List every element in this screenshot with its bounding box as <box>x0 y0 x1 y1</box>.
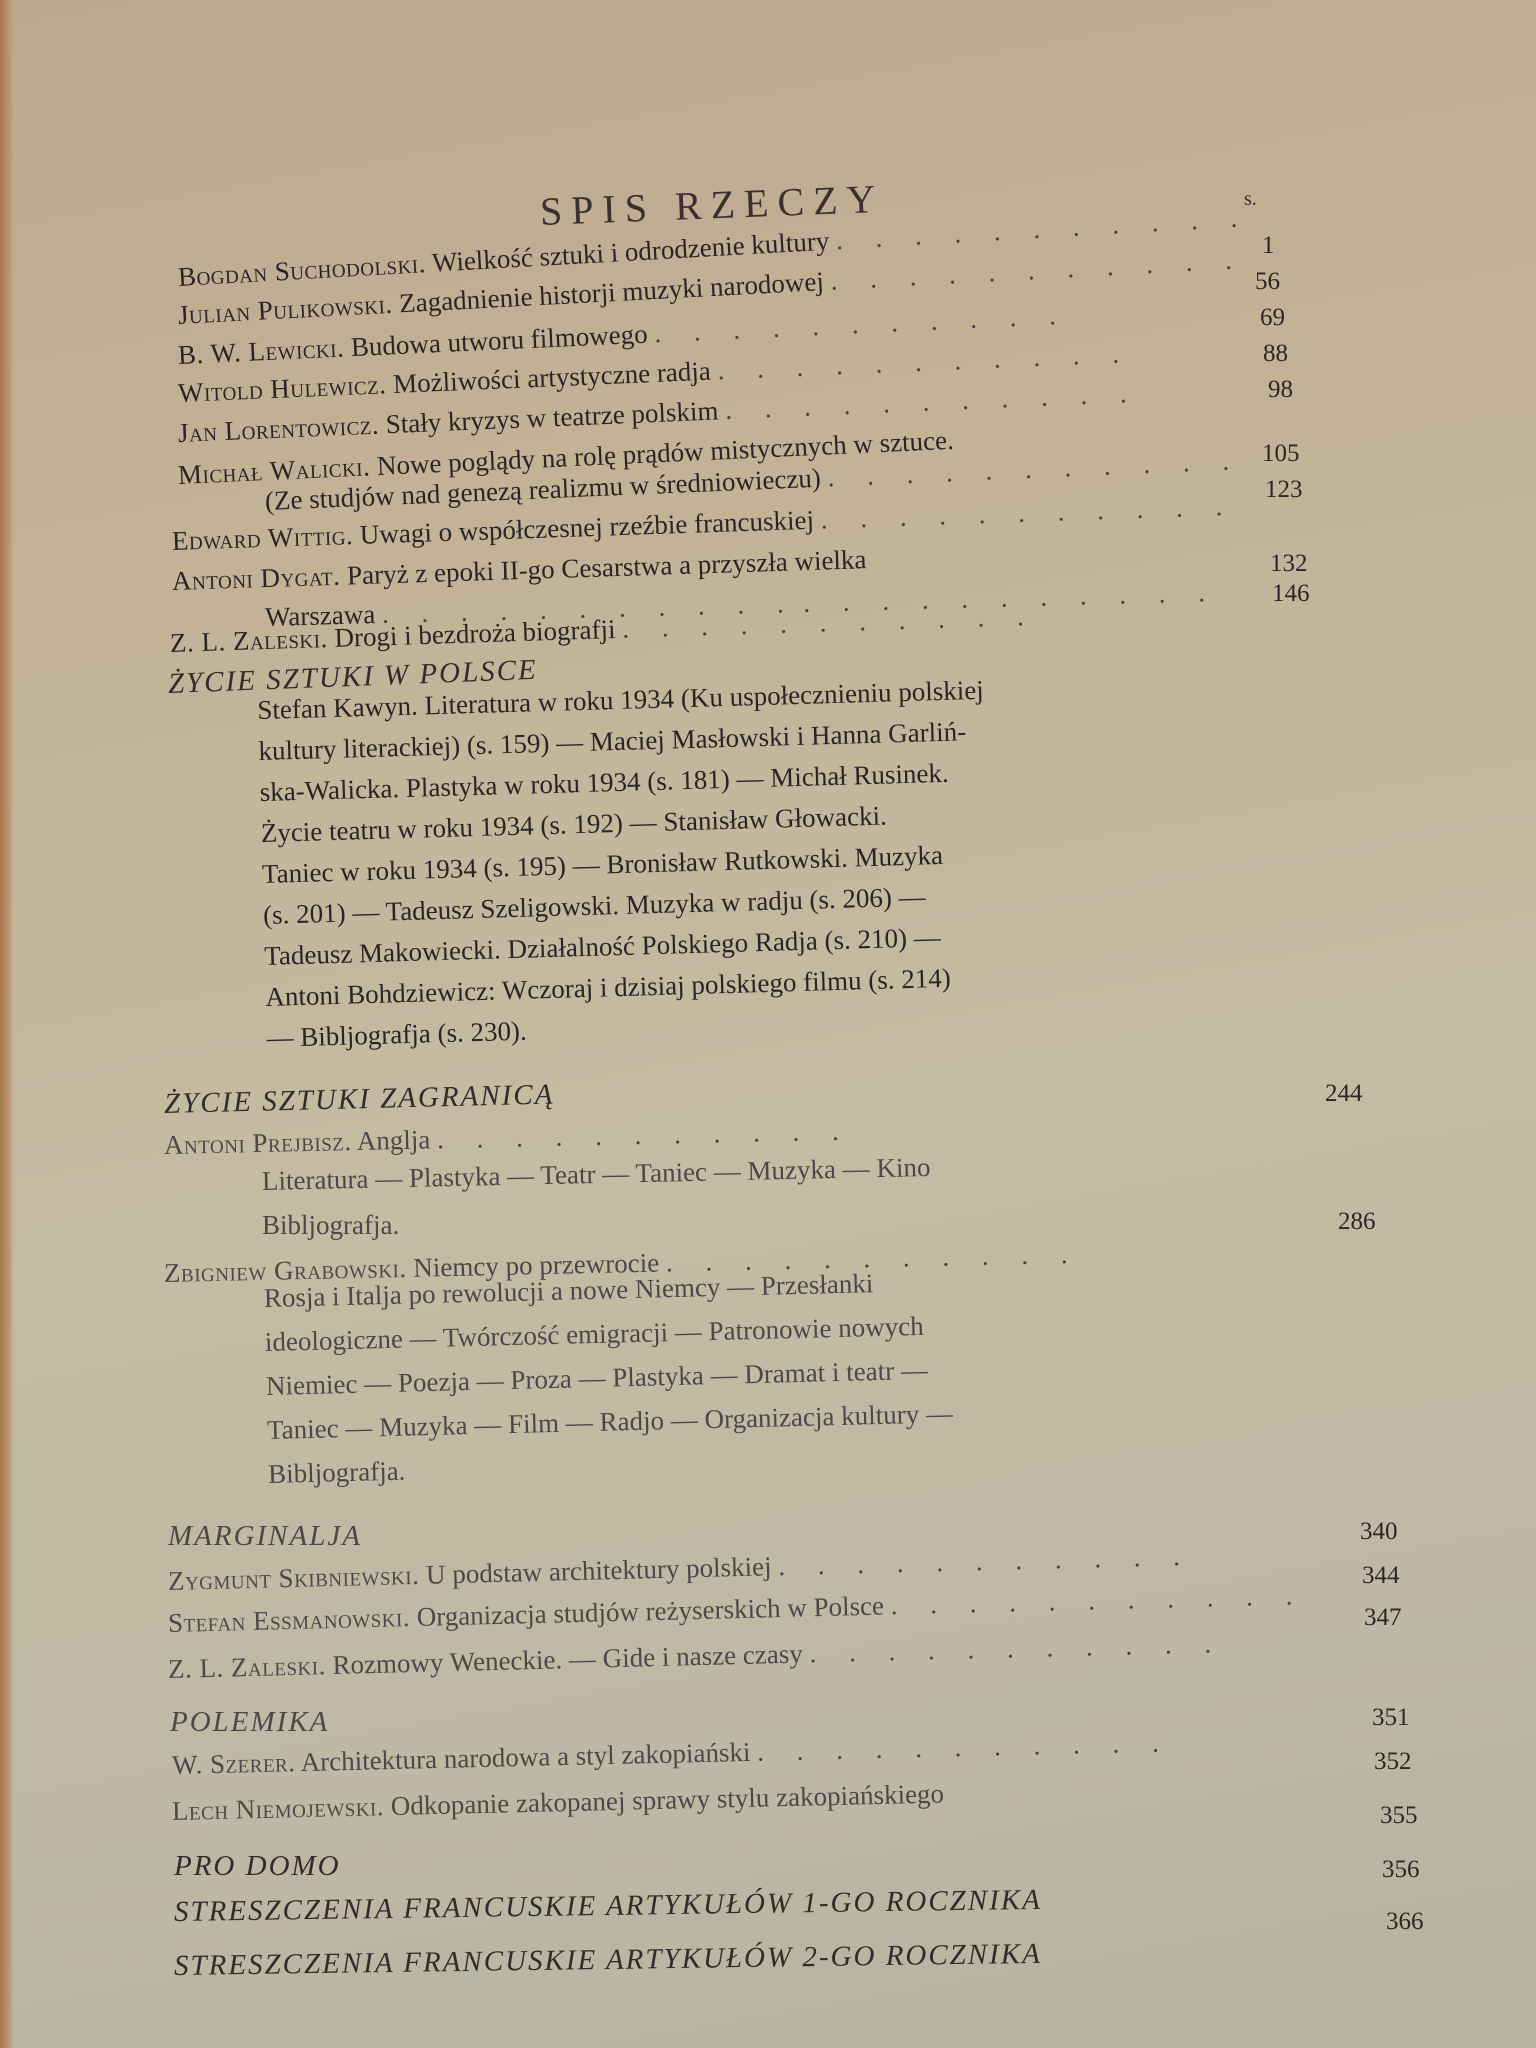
toc-title: Uwagi o współczesnej rzeźbie francuskiej <box>359 505 814 550</box>
toc-author: Zygmunt Skibniewski. <box>168 1560 420 1596</box>
toc-page-number: 105 <box>1262 440 1300 468</box>
toc-page-number: 344 <box>1362 1562 1400 1590</box>
section-body-grabowski: Rosja i Italja po rewolucji a nowe Niemc… <box>263 1259 954 1496</box>
toc-author: B. W. Lewicki. <box>177 332 345 370</box>
toc-title: Anglja <box>357 1124 431 1156</box>
toc-page-number: 347 <box>1364 1604 1402 1632</box>
section-heading-polemika[interactable]: Polemika <box>170 1706 329 1739</box>
dot-leader: . . . . . . . . . . . <box>890 1580 1305 1620</box>
toc-page-number: 351 <box>1372 1704 1410 1732</box>
toc-title: Architektura narodowa a styl zakopiański <box>300 1737 750 1777</box>
toc-page-number: 355 <box>1380 1802 1418 1830</box>
toc-author: Z. L. Zaleski. <box>170 623 329 658</box>
toc-page-number: 69 <box>1260 304 1285 332</box>
toc-page-number: 56 <box>1255 268 1280 296</box>
dot-leader: . . . . . . . . . . . <box>757 1727 1172 1766</box>
toc-author: Julian Pulikowski. <box>177 289 393 330</box>
toc-page-number: 352 <box>1374 1748 1412 1776</box>
toc-author: Antoni Prejbisz. <box>164 1126 352 1160</box>
toc-page-number: 1 <box>1262 232 1275 260</box>
toc-title: Odkopanie zakopanej sprawy stylu zakopia… <box>390 1778 944 1821</box>
toc-title: U podstaw architektury polskiej <box>426 1551 772 1589</box>
toc-page-number: 340 <box>1360 1518 1398 1546</box>
section-heading-pro-domo[interactable]: Pro domo <box>174 1850 341 1883</box>
section-heading-streszczenia-1[interactable]: Streszczenia francuskie artykułów 1-go r… <box>174 1884 1042 1929</box>
toc-page-number: 98 <box>1268 376 1293 404</box>
toc-page-number: 88 <box>1263 340 1288 368</box>
dot-leader: . . . . . . . . . . . <box>724 378 1140 425</box>
dot-leader: . . . . . . . . . . . <box>820 491 1236 535</box>
toc-title: Budowa utworu filmowego <box>350 319 648 362</box>
toc-entry[interactable]: Lech Niemojewski. Odkopanie zakopanej sp… <box>172 1778 945 1827</box>
toc-author: Witold Hulewicz. <box>177 369 387 408</box>
toc-author: Antoni Dygat. <box>172 561 341 596</box>
toc-title: Możliwości artystyczne radja <box>393 356 712 399</box>
toc-page-number: 366 <box>1386 1908 1424 1936</box>
toc-author: W. Szerer. <box>172 1747 296 1780</box>
dot-leader: . . . . . . . . . . . <box>437 1116 852 1155</box>
toc-author: Bogdan Suchodolski. <box>177 248 426 292</box>
toc-title: Stały kryzys w teatrze polskim <box>385 395 719 439</box>
section-body-polska: Stefan Kawyn. Literatura w roku 1934 (Ku… <box>257 670 994 1059</box>
toc-page-number: 286 <box>1338 1208 1376 1236</box>
toc-author: Lech Niemojewski. <box>172 1791 385 1826</box>
dot-leader: . . . . . . . . . . . <box>809 1628 1224 1668</box>
toc-bibliography: Bibljografja. <box>262 1210 399 1241</box>
section-heading-streszczenia-2[interactable]: Streszczenia francuskie artykułów 2-go r… <box>174 1938 1042 1983</box>
toc-title: Paryż z epoki II-go Cesarstwa a przyszła… <box>347 544 867 590</box>
toc-page-number: 123 <box>1265 476 1303 504</box>
toc-author: Edward Wittig. <box>171 520 353 556</box>
toc-page-number: 244 <box>1325 1080 1363 1108</box>
dot-leader: . . . . . . . . . . . <box>778 1541 1193 1581</box>
section-heading-zycie-sztuki-zagranica[interactable]: Życie sztuki zagranicą <box>164 1078 555 1121</box>
toc-page: SPIS RZECZY s. 1 Bogdan Suchodolski. Wie… <box>0 0 1536 2048</box>
toc-subtopics: Literatura — Plastyka — Teatr — Taniec —… <box>262 1152 931 1197</box>
dot-leader: . . . . . . . . . . . <box>717 338 1133 385</box>
toc-page-number: 132 <box>1270 550 1308 578</box>
toc-page-number: 356 <box>1382 1856 1420 1884</box>
toc-entry[interactable]: Z. L. Zaleski. Rozmowy Weneckie. — Gide … <box>168 1628 1225 1685</box>
toc-title: Organizacja studjów reżyserskich w Polsc… <box>416 1591 884 1632</box>
dot-leader: . . . . . . . . . . . <box>654 300 1070 349</box>
toc-title: Rozmowy Weneckie. — Gide i nasze czasy <box>332 1638 803 1679</box>
toc-author: Z. L. Zaleski. <box>168 1650 326 1684</box>
toc-author: Jan Lorentowicz. <box>177 410 379 448</box>
section-heading-marginalja[interactable]: Marginalja <box>168 1520 362 1553</box>
toc-author: Stefan Essmanowski. <box>168 1602 411 1638</box>
toc-page-number: 146 <box>1272 580 1310 608</box>
toc-entry[interactable]: Antoni Prejbisz. Anglja . . . . . . . . … <box>164 1116 852 1161</box>
